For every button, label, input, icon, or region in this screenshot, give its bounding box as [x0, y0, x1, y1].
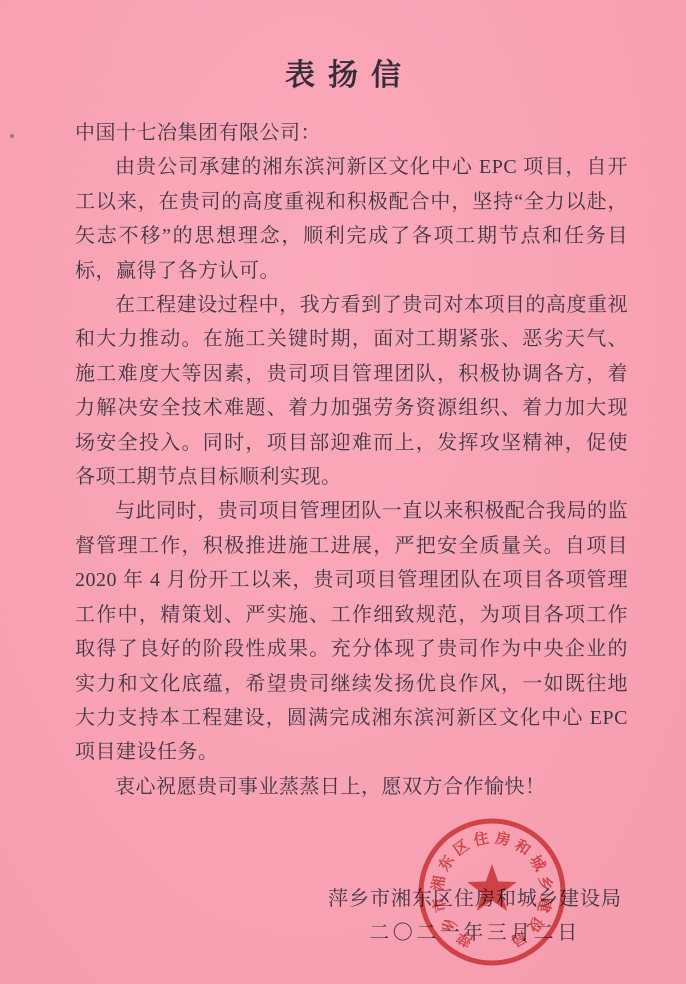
- seal-arc-char: 区: [451, 837, 473, 860]
- seal-arc-char: 住: [472, 829, 490, 850]
- paragraph-2: 在工程建设过程中，我方看到了贵司对本项目的高度重视和大力推动。在施工关键时期，面…: [75, 288, 628, 494]
- seal-star-icon: [467, 864, 516, 911]
- seal-arc-char: 局: [508, 927, 530, 949]
- seal-arc-char: 乡: [437, 913, 460, 936]
- seal-arc-char: 东: [435, 852, 458, 874]
- scan-speck: [10, 134, 14, 138]
- paragraph-1: 由贵公司承建的湘东滨河新区文化中心 EPC 项目，自开工以来，在贵司的高度重视和…: [75, 150, 628, 288]
- seal-arc-char: 市: [429, 895, 450, 914]
- seal-arc-char: 建: [534, 895, 554, 914]
- letter-title: 表扬信: [0, 56, 686, 96]
- letter-page: 表扬信 中国十七冶集团有限公司： 由贵公司承建的湘东滨河新区文化中心 EPC 项…: [0, 0, 686, 984]
- seal-arc-char: 房: [493, 829, 512, 850]
- seal-arc-char: 和: [511, 836, 534, 859]
- closing-line: 衷心祝愿贵司事业蒸蒸日上，愿双方合作愉快！: [75, 770, 628, 804]
- seal-arc-char: 萍: [454, 927, 476, 950]
- seal-arc-char: 城: [526, 852, 550, 875]
- seal-arc-char: 湘: [430, 875, 449, 893]
- official-seal-stamp: 萍乡市湘东区住房和城乡建设局: [412, 812, 572, 972]
- seal-arc-char: 设: [523, 913, 546, 936]
- paragraph-3: 与此同时，贵司项目管理团队一直以来积极配合我局的监督管理工作，积极推进施工进展，…: [75, 494, 628, 769]
- letter-body: 中国十七冶集团有限公司： 由贵公司承建的湘东滨河新区文化中心 EPC 项目，自开…: [75, 116, 628, 804]
- seal-arc-char: 乡: [535, 874, 555, 892]
- salutation: 中国十七冶集团有限公司：: [75, 116, 628, 150]
